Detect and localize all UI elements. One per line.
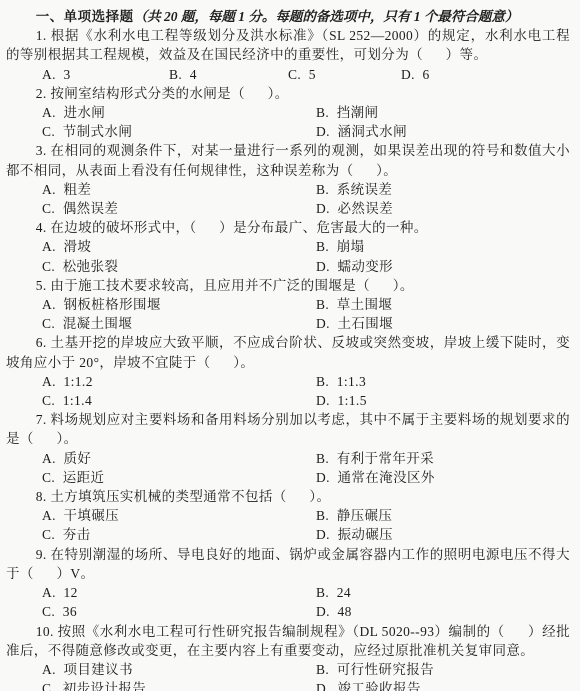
option-6b: B. 1:1.3 [316,372,570,391]
question-1-options: A. 3 B. 4 C. 5 D. 6 [6,65,570,84]
question-3-options: A. 粗差 B. 系统误差 C. 偶然误差 D. 必然误差 [6,180,570,218]
option-8d: D. 振动碾压 [316,525,570,544]
option-8b: B. 静压碾压 [316,506,570,525]
option-1a: A. 3 [42,65,169,84]
question-8-text: 8. 土方填筑压实机械的类型通常不包括（ ）。 [6,487,570,506]
option-7c: C. 运距近 [42,468,316,487]
option-1b: B. 4 [169,65,288,84]
question-6-text: 6. 土基开挖的岸坡应大致平顺，不应成台阶状、反坡或突然变坡，岸坡上缓下陡时，变… [6,333,570,371]
option-4b: B. 崩塌 [316,237,570,256]
question-7-options: A. 质好 B. 有利于常年开采 C. 运距近 D. 通常在淹没区外 [6,449,570,487]
option-3a: A. 粗差 [42,180,316,199]
question-5-options: A. 钢板桩格形围堰 B. 草土围堰 C. 混凝土围堰 D. 土石围堰 [6,295,570,333]
option-6a: A. 1:1.2 [42,372,316,391]
question-3-text: 3. 在相同的观测条件下，对某一量进行一系列的观测，如果误差出现的符号和数值大小… [6,141,570,179]
option-10b: B. 可行性研究报告 [316,660,570,679]
option-8a: A. 干填碾压 [42,506,316,525]
option-7a: A. 质好 [42,449,316,468]
question-2-options: A. 进水闸 B. 挡潮闸 C. 节制式水闸 D. 涵洞式水闸 [6,103,570,141]
option-9b: B. 24 [316,583,570,602]
exam-paper-page: 一、单项选择题（共 20 题，每题 1 分。每题的备选项中，只有 1 个最符合题… [0,0,580,691]
option-9a: A. 12 [42,583,316,602]
option-3c: C. 偶然误差 [42,199,316,218]
option-5c: C. 混凝土围堰 [42,314,316,333]
section-title: 一、单项选择题 [36,9,134,24]
question-10-options: A. 项目建议书 B. 可行性研究报告 C. 初步设计报告 D. 竣工验收报告 [6,660,570,691]
option-4c: C. 松弛张裂 [42,257,316,276]
question-7-text: 7. 料场规划应对主要料场和备用料场分别加以考虑，其中不属于主要料场的规划要求的… [6,410,570,448]
option-3b: B. 系统误差 [316,180,570,199]
option-8c: C. 夯击 [42,525,316,544]
option-2d: D. 涵洞式水闸 [316,122,570,141]
section-header: 一、单项选择题（共 20 题，每题 1 分。每题的备选项中，只有 1 个最符合题… [6,7,570,26]
option-2a: A. 进水闸 [42,103,316,122]
option-5a: A. 钢板桩格形围堰 [42,295,316,314]
option-5b: B. 草土围堰 [316,295,570,314]
question-8-options: A. 干填碾压 B. 静压碾压 C. 夯击 D. 振动碾压 [6,506,570,544]
option-1c: C. 5 [288,65,401,84]
option-2c: C. 节制式水闸 [42,122,316,141]
question-6-options: A. 1:1.2 B. 1:1.3 C. 1:1.4 D. 1:1.5 [6,372,570,410]
question-2-text: 2. 按闸室结构形式分类的水闸是（ ）。 [6,84,570,103]
option-9c: C. 36 [42,602,316,621]
option-4a: A. 滑坡 [42,237,316,256]
option-5d: D. 土石围堰 [316,314,570,333]
question-9-text: 9. 在特别潮湿的场所、导电良好的地面、锅炉或金属容器内工作的照明电源电压不得大… [6,545,570,583]
section-note: （共 20 题，每题 1 分。每题的备选项中，只有 1 个最符合题意） [134,9,519,24]
question-5-text: 5. 由于施工技术要求较高，且应用并不广泛的围堰是（ ）。 [6,276,570,295]
option-10d: D. 竣工验收报告 [316,679,570,691]
option-4d: D. 蠕动变形 [316,257,570,276]
option-2b: B. 挡潮闸 [316,103,570,122]
question-4-options: A. 滑坡 B. 崩塌 C. 松弛张裂 D. 蠕动变形 [6,237,570,275]
option-10c: C. 初步设计报告 [42,679,316,691]
option-9d: D. 48 [316,602,570,621]
question-1-text: 1. 根据《水利水电工程等级划分及洪水标准》（SL 252—2000）的规定，水… [6,26,570,64]
question-10-text: 10. 按照《水利水电工程可行性研究报告编制规程》（DL 5020--93）编制… [6,622,570,660]
option-10a: A. 项目建议书 [42,660,316,679]
option-1d: D. 6 [401,65,570,84]
option-7b: B. 有利于常年开采 [316,449,570,468]
option-3d: D. 必然误差 [316,199,570,218]
question-4-text: 4. 在边坡的破坏形式中，（ ）是分布最广、危害最大的一种。 [6,218,570,237]
question-9-options: A. 12 B. 24 C. 36 D. 48 [6,583,570,621]
option-7d: D. 通常在淹没区外 [316,468,570,487]
option-6d: D. 1:1.5 [316,391,570,410]
option-6c: C. 1:1.4 [42,391,316,410]
